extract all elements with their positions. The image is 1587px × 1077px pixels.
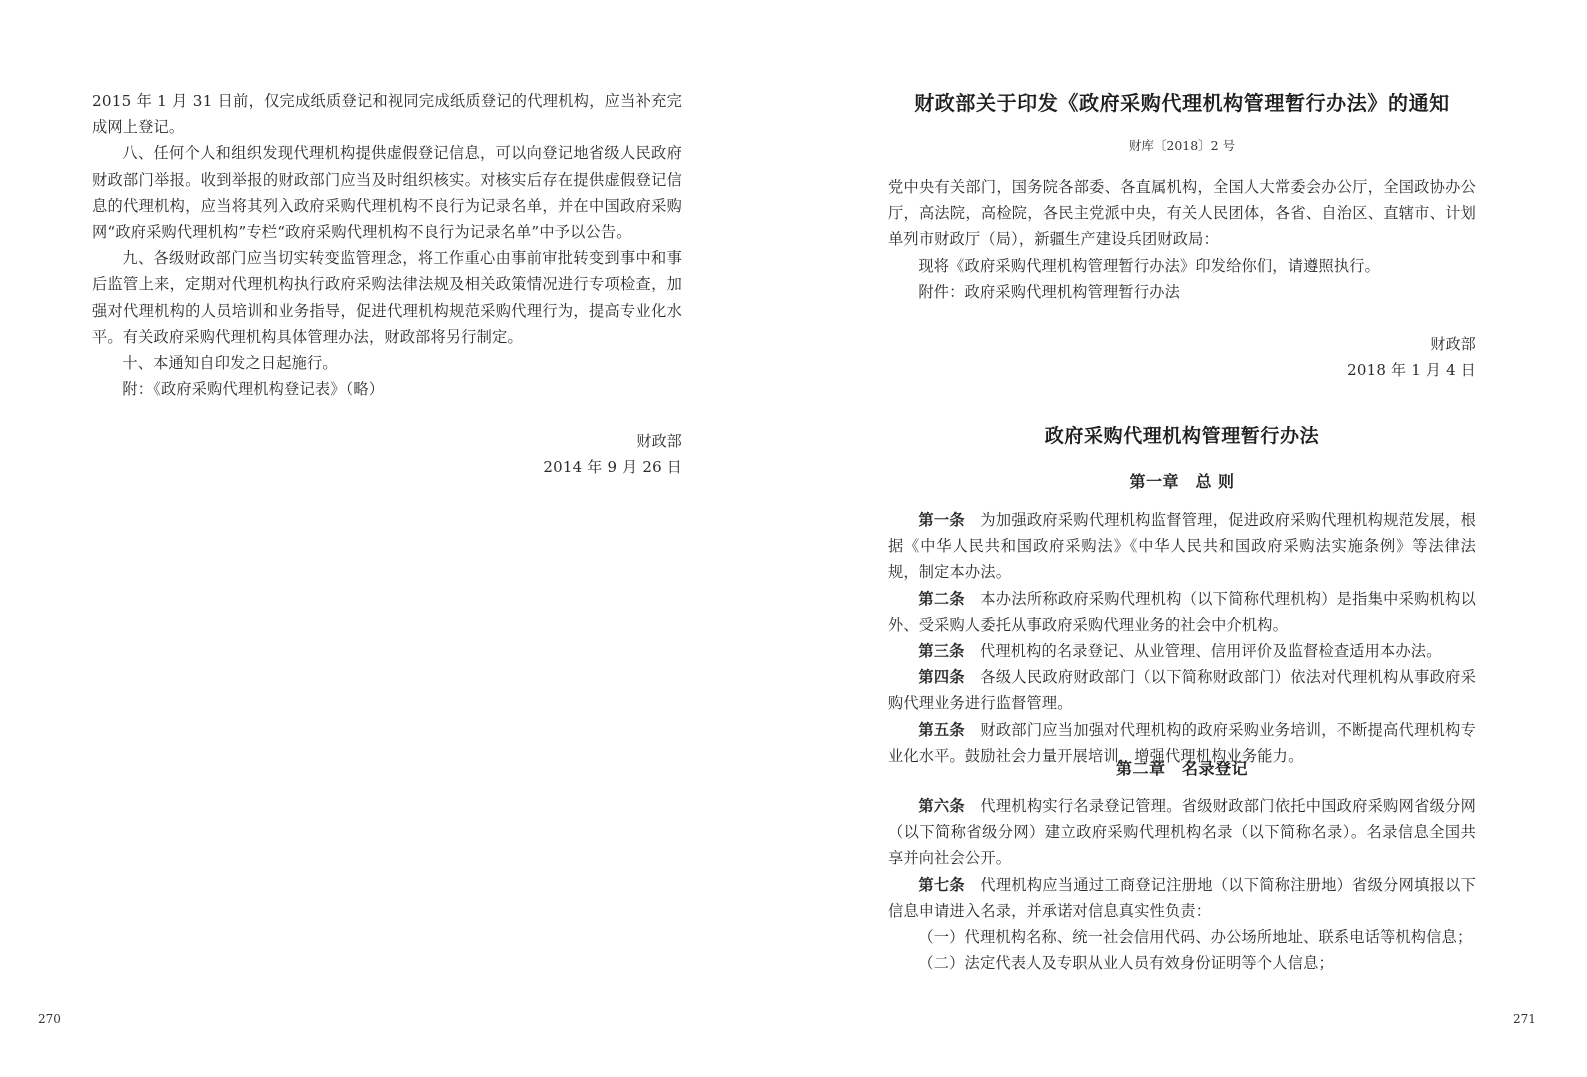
article-2: 第二条 本办法所称政府采购代理机构（以下简称代理机构）是指集中采购机构以外、受采…: [888, 586, 1476, 638]
paragraph-item-10: 十、本通知自印发之日起施行。: [92, 350, 682, 376]
article-text: 代理机构实行名录登记管理。省级财政部门依托中国政府采购网省级分网（以下简称省级分…: [888, 797, 1476, 867]
chapter-heading-2: 第二章 名录登记: [888, 757, 1476, 781]
article-7-item-2: （二）法定代表人及专职从业人员有效身份证明等个人信息；: [888, 950, 1476, 976]
article-label: 第五条: [918, 721, 964, 739]
article-1: 第一条 为加强政府采购代理机构监督管理，促进政府采购代理机构规范发展，根据《中华…: [888, 507, 1476, 586]
article-text: 代理机构应当通过工商登记注册地（以下简称注册地）省级分网填报以下信息申请进入名录…: [888, 876, 1476, 920]
article-text: 本办法所称政府采购代理机构（以下简称代理机构）是指集中采购机构以外、受采购人委托…: [888, 590, 1476, 634]
article-label: 第四条: [918, 668, 964, 686]
paragraph-item-8: 八、任何个人和组织发现代理机构提供虚假登记信息，可以向登记地省级人民政府财政部门…: [92, 140, 682, 245]
chapter-2-body: 第六条 代理机构实行名录登记管理。省级财政部门依托中国政府采购网省级分网（以下简…: [888, 793, 1476, 976]
article-text: 代理机构的名录登记、从业管理、信用评价及监督检查适用本办法。: [980, 642, 1442, 660]
signature-date: 2018 年 1 月 4 日: [888, 357, 1476, 383]
article-label: 第二条: [918, 590, 964, 608]
article-text: 为加强政府采购代理机构监督管理，促进政府采购代理机构规范发展，根据《中华人民共和…: [888, 511, 1476, 581]
article-label: 第三条: [918, 642, 964, 660]
article-4: 第四条 各级人民政府财政部门（以下简称财政部门）依法对代理机构从事政府采购代理业…: [888, 664, 1476, 716]
signature-issuer: 财政部: [888, 331, 1476, 357]
article-6: 第六条 代理机构实行名录登记管理。省级财政部门依托中国政府采购网省级分网（以下简…: [888, 793, 1476, 872]
chapter-1-body: 第一条 为加强政府采购代理机构监督管理，促进政府采购代理机构规范发展，根据《中华…: [888, 507, 1476, 769]
article-label: 第六条: [918, 797, 964, 815]
paragraph-continuation: 2015 年 1 月 31 日前，仅完成纸质登记和视同完成纸质登记的代理机构，应…: [92, 88, 682, 140]
document-number: 财库〔2018〕2 号: [888, 136, 1476, 156]
page-number: 270: [38, 1012, 61, 1026]
signature-date: 2014 年 9 月 26 日: [92, 454, 682, 480]
left-page-body: 2015 年 1 月 31 日前，仅完成纸质登记和视同完成纸质登记的代理机构，应…: [92, 88, 682, 480]
article-3: 第三条 代理机构的名录登记、从业管理、信用评价及监督检查适用本办法。: [888, 638, 1476, 664]
paragraph-attachment: 附：《政府采购代理机构登记表》（略）: [92, 376, 682, 402]
chapter-heading-1: 第一章 总 则: [888, 470, 1476, 494]
addressees: 党中央有关部门，国务院各部委、各直属机构，全国人大常委会办公厅，全国政协办公厅，…: [888, 174, 1476, 253]
notice-attachment: 附件：政府采购代理机构管理暂行办法: [888, 279, 1476, 305]
page-number: 271: [1513, 1012, 1536, 1026]
notice-body: 党中央有关部门，国务院各部委、各直属机构，全国人大常委会办公厅，全国政协办公厅，…: [888, 174, 1476, 383]
notice-title: 财政部关于印发《政府采购代理机构管理暂行办法》的通知: [888, 88, 1476, 118]
article-7: 第七条 代理机构应当通过工商登记注册地（以下简称注册地）省级分网填报以下信息申请…: [888, 872, 1476, 924]
article-label: 第七条: [918, 876, 964, 894]
article-7-item-1: （一）代理机构名称、统一社会信用代码、办公场所地址、联系电话等机构信息；: [888, 924, 1476, 950]
signature-issuer: 财政部: [92, 428, 682, 454]
article-text: 各级人民政府财政部门（以下简称财政部门）依法对代理机构从事政府采购代理业务进行监…: [888, 668, 1476, 712]
left-page: 2015 年 1 月 31 日前，仅完成纸质登记和视同完成纸质登记的代理机构，应…: [0, 0, 793, 1077]
regulation-title: 政府采购代理机构管理暂行办法: [888, 421, 1476, 451]
notice-instruction: 现将《政府采购代理机构管理暂行办法》印发给你们，请遵照执行。: [888, 253, 1476, 279]
paragraph-item-9: 九、各级财政部门应当切实转变监管理念，将工作重心由事前审批转变到事中和事后监管上…: [92, 245, 682, 350]
article-label: 第一条: [918, 511, 964, 529]
